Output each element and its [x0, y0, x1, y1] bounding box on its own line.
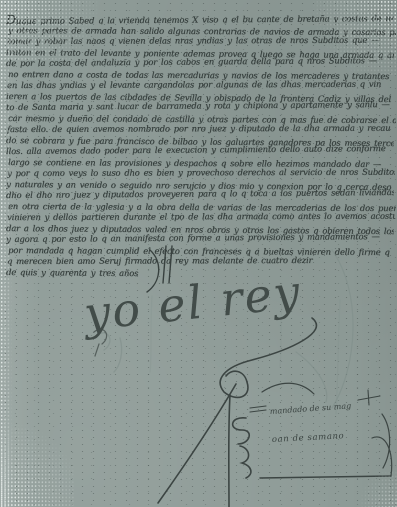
manuscript-page: Duque primo Sabed q la vrienda tenemos X… — [0, 0, 397, 507]
manuscript-line-date: de quis y quarenta y tres años — [6, 267, 394, 281]
countersignature-secretary-name: oan de samano — [272, 431, 345, 445]
manuscript-line: tomar y robar las naos q vienen delas nr… — [7, 35, 395, 47]
manuscript-text-block: Duque primo Sabed q la vrienda tenemos X… — [6, 14, 394, 278]
countersignature-by-order: mandado de su mag — [270, 401, 352, 416]
ink-doodle-mark — [94, 329, 107, 356]
bottom-left-corner-speckle — [0, 412, 75, 507]
manuscript-line: llos. alla avemos dado poder para le exe… — [6, 143, 394, 157]
manuscript-line: en las dhas yndias y el levante cargando… — [7, 79, 395, 91]
manuscript-line: vinieren y dellos partieren durante el t… — [7, 211, 395, 223]
manuscript-line: y agora q por esto lo q an manifesta con… — [6, 231, 394, 245]
rubric-flourish — [158, 318, 392, 507]
bottom-right-corner-speckle — [357, 467, 397, 507]
manuscript-line: de por la costa del andaluzia y por los … — [6, 55, 394, 69]
manuscript-line: fasta ello. de quien avemos nombrado por… — [7, 123, 395, 135]
manuscript-line: dho el dho nro juez y diputados proveyer… — [6, 187, 394, 201]
manuscript-line: y por q como veys lo suso dho es bien y … — [7, 167, 395, 179]
manuscript-line: to de Santa maria y sant lucar de barram… — [6, 99, 394, 113]
manuscript-line: q merecen bien amo Seruj firmado da rey … — [7, 255, 395, 267]
countersignature-marks — [250, 390, 380, 412]
manuscript-line: Duque primo Sabed q la vrienda tenemos X… — [6, 11, 394, 25]
